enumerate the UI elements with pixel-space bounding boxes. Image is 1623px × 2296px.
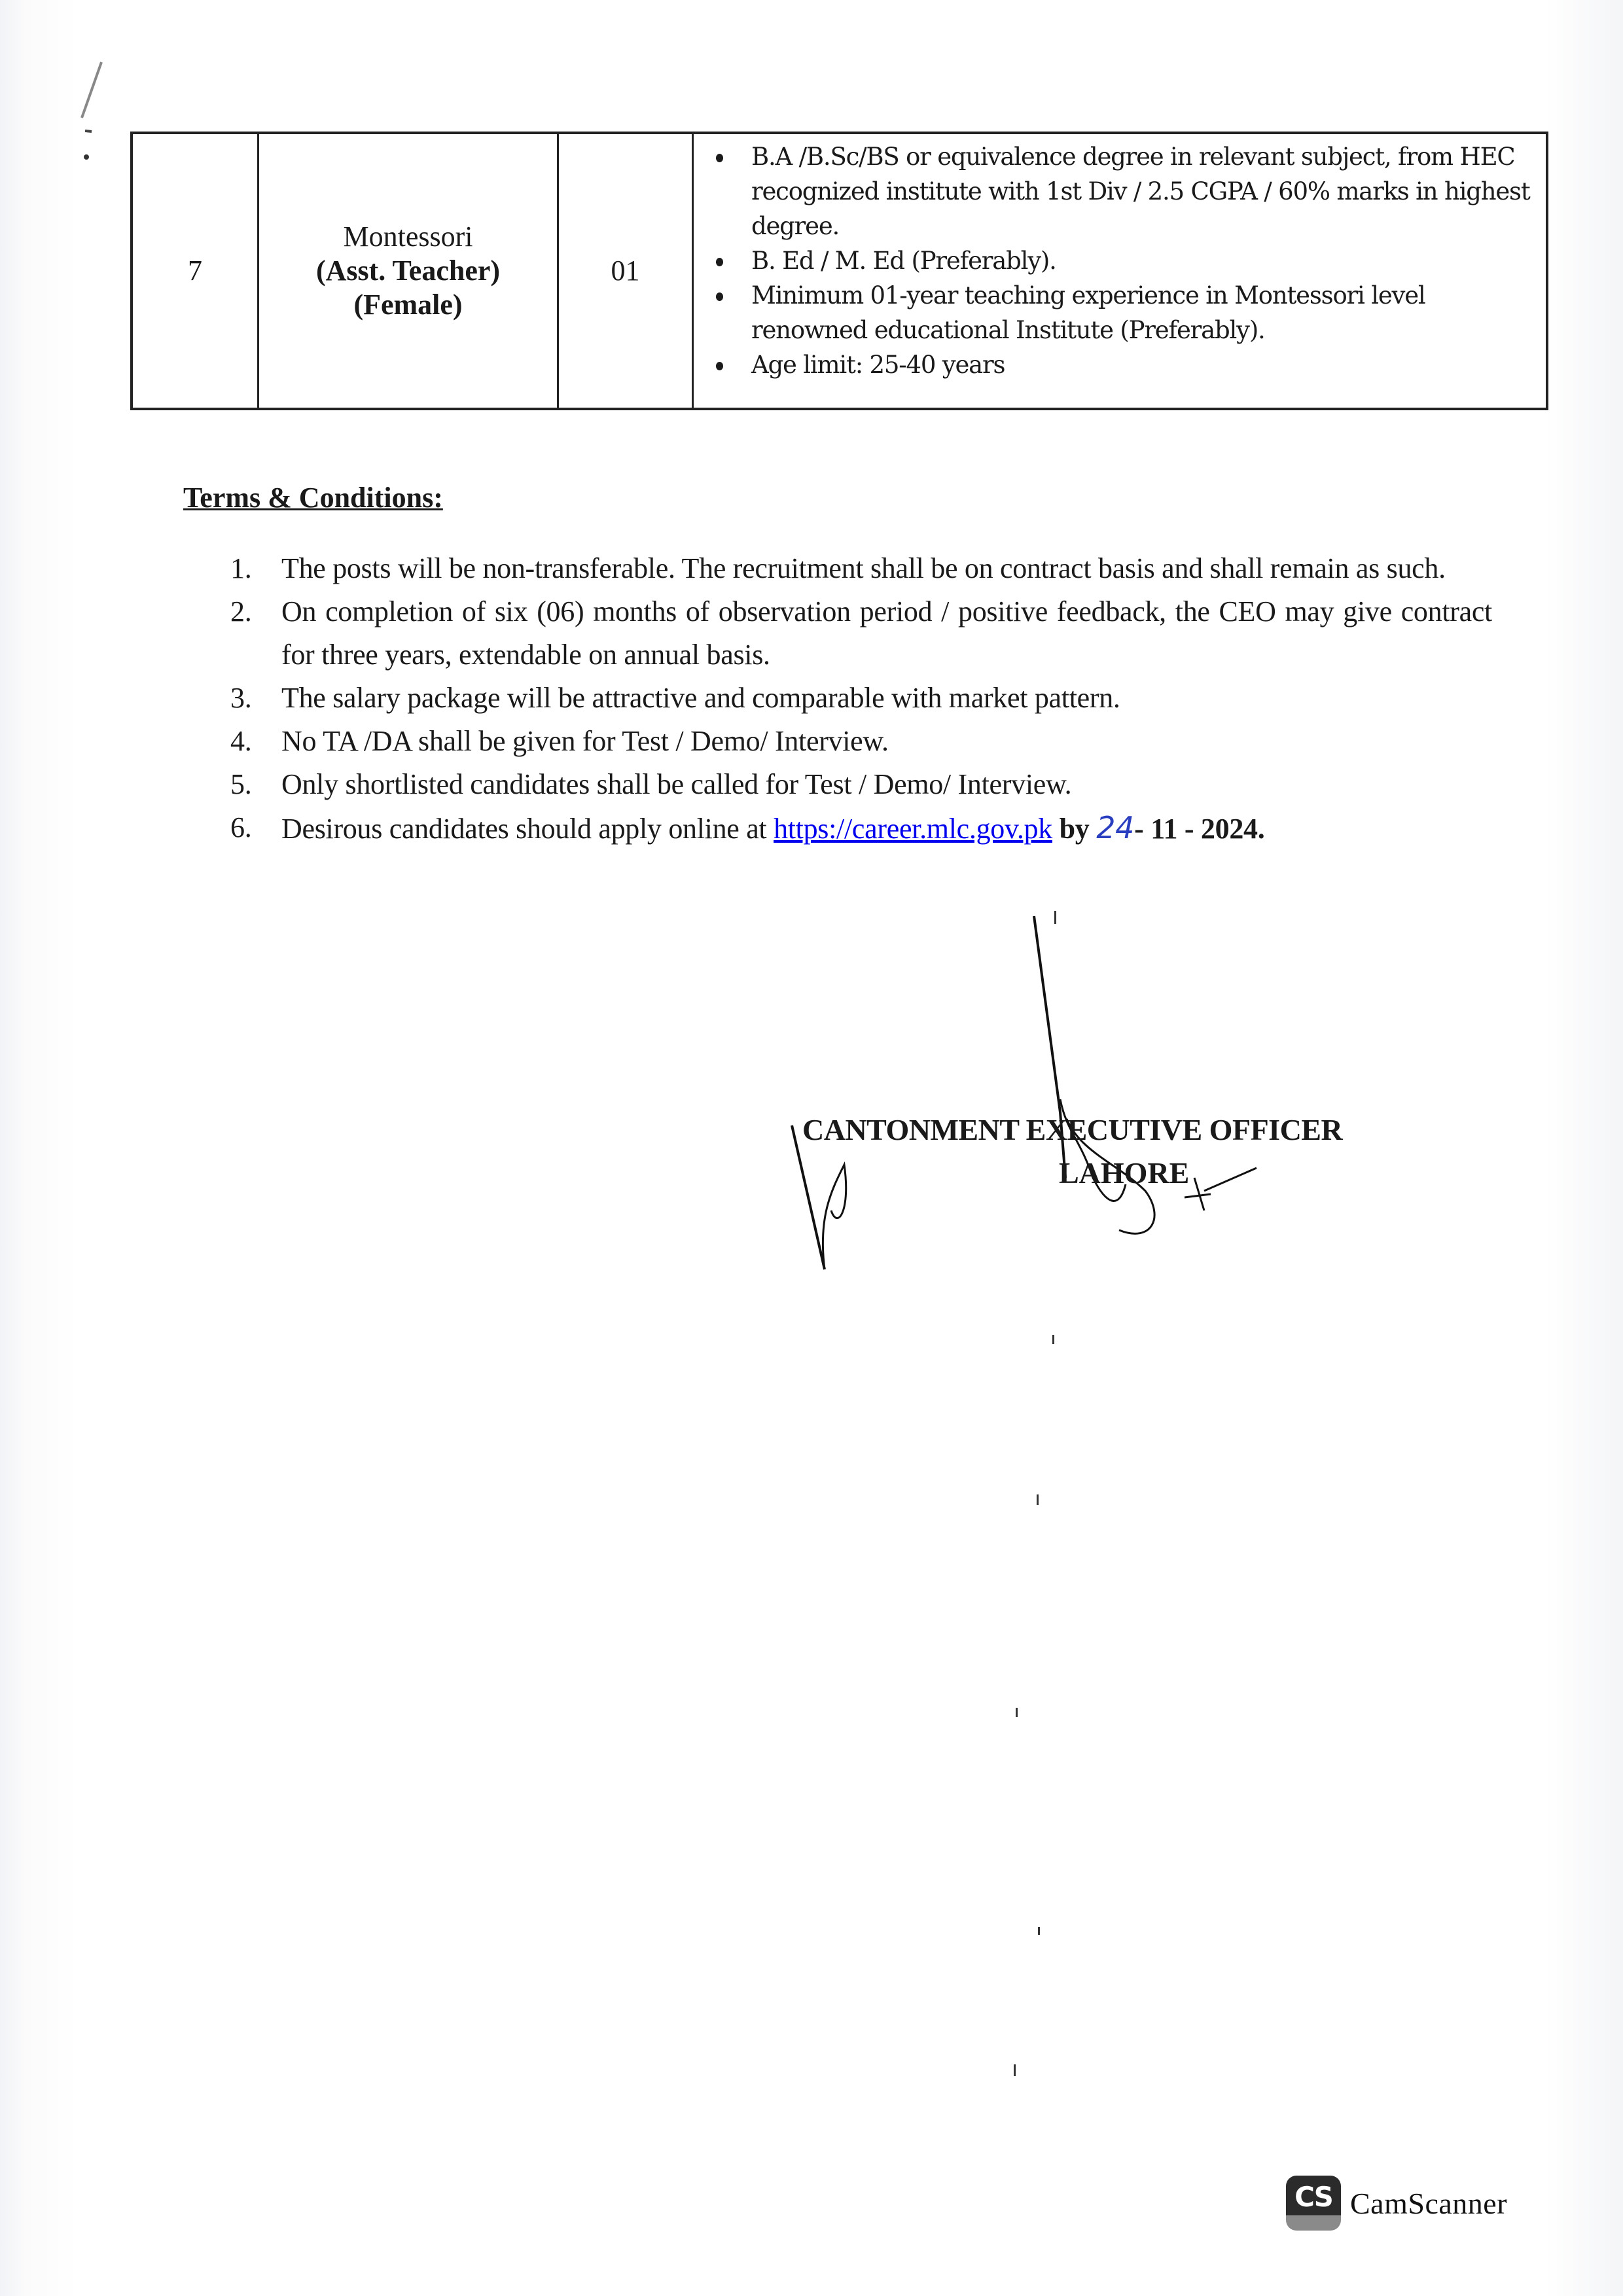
term-number: 2.: [230, 590, 251, 633]
career-portal-link[interactable]: https://career.mlc.gov.pk: [774, 813, 1052, 845]
requirement-item: B.A /B.Sc/BS or equivalence degree in re…: [713, 139, 1533, 243]
job-requirements-table: 7 Montessori (Asst. Teacher) (Female) 01…: [130, 132, 1548, 410]
terms-list: 1. The posts will be non-transferable. T…: [223, 547, 1492, 851]
scan-mark: [1052, 1335, 1054, 1344]
term-number: 3.: [230, 677, 251, 720]
posts-count: 01: [611, 254, 640, 288]
camscanner-logo-icon: CS: [1286, 2176, 1341, 2231]
requirement-item: Age limit: 25-40 years: [713, 347, 1533, 382]
signatory-title: CANTONMENT EXECUTIVE OFFICER: [802, 1112, 1342, 1147]
post-name-line2: (Asst. Teacher): [316, 254, 500, 288]
term-text: On completion of six (06) months of obse…: [281, 595, 1492, 671]
term-item: 4. No TA /DA shall be given for Test / D…: [223, 720, 1492, 763]
term-number: 4.: [230, 720, 251, 763]
term-item: 1. The posts will be non-transferable. T…: [223, 547, 1492, 590]
term-by: by: [1052, 813, 1096, 845]
term-text: Only shortlisted candidates shall be cal…: [281, 768, 1071, 800]
requirements-list: B.A /B.Sc/BS or equivalence degree in re…: [694, 134, 1546, 382]
term-text: The salary package will be attractive an…: [281, 682, 1120, 714]
term-item: 2. On completion of six (06) months of o…: [223, 590, 1492, 677]
requirement-item: B. Ed / M. Ed (Preferably).: [713, 243, 1533, 278]
scan-mark: [1038, 1927, 1040, 1935]
post-name-cell: Montessori (Asst. Teacher) (Female): [259, 134, 559, 408]
handwritten-deadline-day: 24: [1096, 810, 1134, 845]
requirements-cell: B.A /B.Sc/BS or equivalence degree in re…: [694, 134, 1546, 408]
term-item: 5. Only shortlisted candidates shall be …: [223, 763, 1492, 806]
post-name-line1: Montessori: [344, 220, 473, 254]
deadline-month-year: - 11 - 2024.: [1134, 813, 1264, 845]
term-item: 3. The salary package will be attractive…: [223, 677, 1492, 720]
scan-mark: [1054, 911, 1056, 924]
margin-pen-mark-icon: [65, 59, 105, 164]
terms-heading: Terms & Conditions:: [183, 481, 443, 514]
requirement-item: Minimum 01-year teaching experience in M…: [713, 278, 1533, 347]
term-number: 1.: [230, 547, 251, 590]
camscanner-watermark: CS CamScanner: [1286, 2176, 1507, 2231]
signatory-city: LAHORE: [1059, 1156, 1189, 1190]
term-text: No TA /DA shall be given for Test / Demo…: [281, 725, 889, 757]
serial-number-cell: 7: [133, 134, 259, 408]
camscanner-brand-text: CamScanner: [1350, 2186, 1507, 2221]
term-number: 6.: [230, 806, 251, 849]
term-item: 6. Desirous candidates should apply onli…: [223, 806, 1492, 851]
term-text: The posts will be non-transferable. The …: [281, 552, 1446, 584]
signature-icon: [753, 903, 1342, 1296]
post-name-line3: (Female): [353, 288, 462, 322]
posts-count-cell: 01: [559, 134, 694, 408]
scan-mark: [1037, 1494, 1039, 1505]
term-text: Desirous candidates should apply online …: [281, 813, 774, 845]
scan-mark: [1014, 2064, 1016, 2076]
serial-number: 7: [188, 254, 202, 288]
scan-mark: [1016, 1708, 1018, 1717]
term-number: 5.: [230, 763, 251, 806]
